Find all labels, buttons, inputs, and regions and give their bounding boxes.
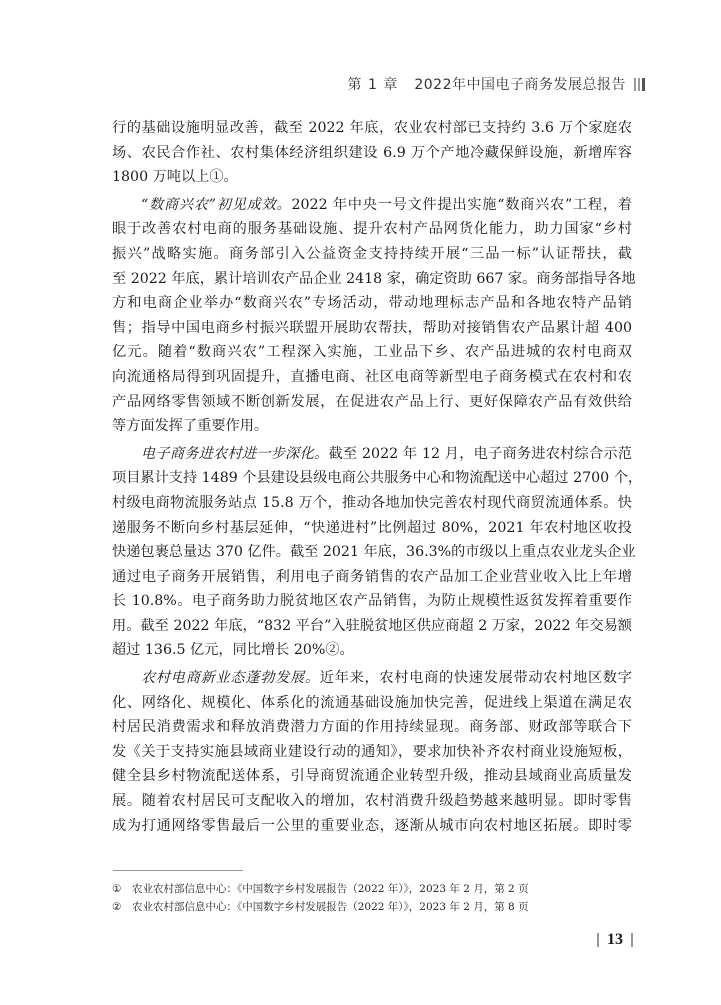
paragraph-lead: “数商兴农”初见成效。 xyxy=(141,197,291,213)
chapter-label: 第 1 章 xyxy=(348,74,399,94)
running-header: 第 1 章 2022年中国电子商务发展总报告 xyxy=(348,74,645,94)
text-line: 农村电商新业态蓬勃发展。近年来，农村电商的快速发展带动农村地区数字 xyxy=(112,666,632,691)
text-line: 振兴”战略实施。商务部引入公益资金支持持续开展“三品一标”认证帮扶，截 xyxy=(112,242,632,267)
footnote-rule xyxy=(113,870,243,871)
text-line: 项目累计支持 1489 个县建设县级电商公共服务中心和物流配送中心超过 2700… xyxy=(112,466,632,491)
text-line: 快递包裹总量达 370 亿件。截至 2021 年底，36.3%的市级以上重点农业… xyxy=(112,540,632,565)
text-line: 等方面发挥了重要作用。 xyxy=(112,414,632,439)
header-bars-icon xyxy=(634,78,645,91)
page-bar-left-icon xyxy=(597,933,599,947)
chapter-title: 2022年中国电子商务发展总报告 xyxy=(414,74,626,94)
paragraph: 农村电商新业态蓬勃发展。近年来，农村电商的快速发展带动农村地区数字 化、网络化、… xyxy=(112,666,632,838)
text-line: 眼于改善农村电商的服务基础设施、提升农村产品网货化能力，助力国家“乡村 xyxy=(112,217,632,242)
text-line: 用。截至 2022 年底，“832 平台”入驻脱贫地区供应商超 2 万家，202… xyxy=(112,614,632,639)
footnote-text: 农业农村部信息中心：《中国数字乡村发展报告（2022 年）》，2023 年 2 … xyxy=(132,880,529,898)
text-span: 近年来，农村电商的快速发展带动农村地区数字 xyxy=(320,670,632,686)
text-line: 行的基础设施明显改善，截至 2022 年底，农业农村部已支持约 3.6 万个家庭… xyxy=(112,116,632,141)
text-line: 发《关于支持实施县域商业建设行动的通知》，要求加快补齐农村商业设施短板， xyxy=(112,740,632,765)
text-line: 亿元。随着“数商兴农”工程深入实施，工业品下乡、农产品进城的农村电商双 xyxy=(112,340,632,365)
text-line: 通过电子商务开展销售，利用电子商务销售的农产品加工企业营业收入比上年增 xyxy=(112,565,632,590)
text-line: 展。随着农村居民可支配收入的增加，农村消费升级趋势越来越明显。即时零售 xyxy=(112,789,632,814)
text-line: 化、网络化、规模化、体系化的流通基础设施加快完善，促进线上渠道在满足农 xyxy=(112,691,632,716)
text-line: 村居民消费需求和释放消费潜力方面的作用持续显现。商务部、财政部等联合下 xyxy=(112,715,632,740)
text-line: 长 10.8%。电子商务助力脱贫地区农产品销售，为防止规模性返贫发挥着重要作 xyxy=(112,589,632,614)
footnote: ② 农业农村部信息中心：《中国数字乡村发展报告（2022 年）》，2023 年 … xyxy=(112,898,529,916)
text-line: 向流通格局得到巩固提升，直播电商、社区电商等新型电子商务模式在农村和农 xyxy=(112,365,632,390)
text-line: 电子商务进农村进一步深化。截至 2022 年 12 月，电子商务进农村综合示范 xyxy=(112,442,632,467)
page-number-value: 13 xyxy=(607,931,623,949)
paragraph-lead: 电子商务进农村进一步深化。 xyxy=(141,446,328,462)
footnote: ① 农业农村部信息中心：《中国数字乡村发展报告（2022 年）》，2023 年 … xyxy=(112,880,529,898)
text-line: 1800 万吨以上①。 xyxy=(112,165,632,190)
paragraph: 行的基础设施明显改善，截至 2022 年底，农业农村部已支持约 3.6 万个家庭… xyxy=(112,116,632,190)
paragraph-lead: 农村电商新业态蓬勃发展。 xyxy=(141,670,320,686)
paragraph: 电子商务进农村进一步深化。截至 2022 年 12 月，电子商务进农村综合示范 … xyxy=(112,442,632,663)
footnote-mark: ② xyxy=(112,898,132,916)
text-line: 场、农民合作社、农村集体经济组织建设 6.9 万个产地冷藏保鲜设施，新增库容 xyxy=(112,141,632,166)
text-span: 2022 年中央一号文件提出实施“数商兴农”工程，着 xyxy=(291,197,632,213)
page-bar-right-icon xyxy=(631,933,633,947)
text-line: 售；指导中国电商乡村振兴联盟开展助农帮扶，帮助对接销售农产品累计超 400 xyxy=(112,316,632,341)
text-line: 递服务不断向乡村基层延伸，“快递进村”比例超过 80%，2021 年农村地区收投 xyxy=(112,516,632,541)
page-number: 13 xyxy=(597,931,633,949)
text-line: 产品网络零售领域不断创新发展，在促进农产品上行、更好保障农产品有效供给 xyxy=(112,390,632,415)
footnote-text: 农业农村部信息中心：《中国数字乡村发展报告（2022 年）》，2023 年 2 … xyxy=(132,898,529,916)
footnotes: ① 农业农村部信息中心：《中国数字乡村发展报告（2022 年）》，2023 年 … xyxy=(112,880,529,916)
text-line: 村级电商物流服务站点 15.8 万个，推动各地加快完善农村现代商贸流通体系。快 xyxy=(112,491,632,516)
text-line: 至 2022 年底，累计培训农产品企业 2418 家，确定资助 667 家。商务… xyxy=(112,267,632,292)
text-span: 截至 2022 年 12 月，电子商务进农村综合示范 xyxy=(328,446,632,462)
footnote-mark: ① xyxy=(112,880,132,898)
text-line: “数商兴农”初见成效。2022 年中央一号文件提出实施“数商兴农”工程，着 xyxy=(112,193,632,218)
text-line: 超过 136.5 亿元，同比增长 20%②。 xyxy=(112,638,632,663)
paragraph: “数商兴农”初见成效。2022 年中央一号文件提出实施“数商兴农”工程，着 眼于… xyxy=(112,193,632,439)
text-line: 健全县乡村物流配送体系，引导商贸流通企业转型升级，推动县域商业高质量发 xyxy=(112,764,632,789)
text-line: 方和电商企业举办“数商兴农”专场活动，带动地理标志产品和各地农特产品销 xyxy=(112,291,632,316)
body-text: 行的基础设施明显改善，截至 2022 年底，农业农村部已支持约 3.6 万个家庭… xyxy=(112,116,632,838)
text-line: 成为打通网络零售最后一公里的重要业态，逐渐从城市向农村地区拓展。即时零 xyxy=(112,814,632,839)
